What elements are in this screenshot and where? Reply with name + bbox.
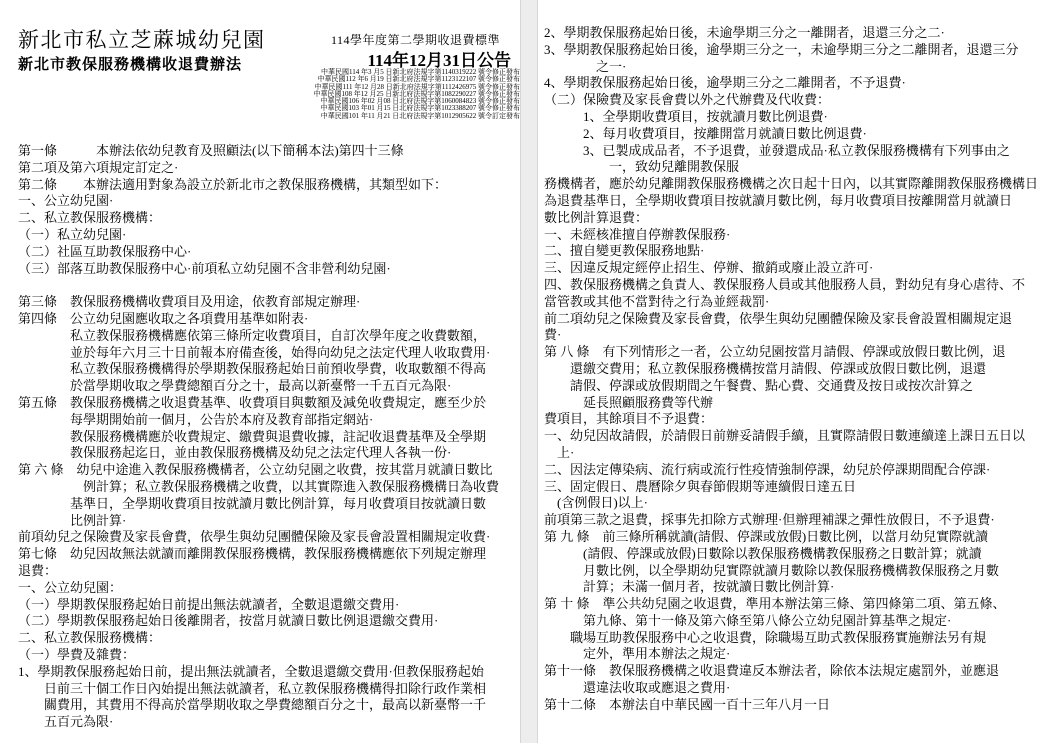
document-line: 二、因法定傳染病、流行病或流行性疫情強制停課，幼兒於停課期間配合停課·	[544, 462, 1054, 479]
document-line: 請假、停課或放假期間之午餐費、點心費、交通費及按日或按次計算之	[544, 378, 1054, 395]
document-line: 第 九 條 前三條所稱就讀(請假、停課或放假)日數比例，以當月幼兒實際就讀	[544, 529, 1054, 546]
document-viewer: 新北市私立芝蔴城幼兒園 新北市教保服務機構收退費辦法 114學年度第二學期收退費…	[0, 0, 1056, 743]
document-line	[18, 277, 517, 294]
document-line: 五百元為限·	[18, 714, 517, 731]
document-line: 前項第三款之退費，採事先扣除方式辦理·但辦理補課之彈性放假日，不予退費·	[544, 512, 1054, 529]
document-line: 前項幼兒之保險費及家長會費，依學生與幼兒團體保險及家長會設置相關規定收費·	[18, 529, 517, 546]
document-line: 還繳交費用；私立教保服務機構按當月請假、停課或放假日數比例，退還	[544, 361, 1054, 378]
document-line: 於當學期收取之學費總額百分之十，最高以新臺幣一千五百元為限·	[18, 378, 517, 395]
document-line: 數比例計算退費：	[544, 210, 1054, 227]
document-line: 私立教保服務機構得於學期教保服務起始日前預收學費，收取數額不得高	[18, 361, 517, 378]
document-line: 二、擅自變更教保服務地點·	[544, 243, 1054, 260]
document-line: 當管教或其他不當對待之行為並經裁罰·	[544, 294, 1054, 311]
document-line: 1、全學期收費項目，按就讀月數比例退費·	[544, 109, 1054, 126]
document-line: 退費：	[18, 563, 517, 580]
right-page-body: 2、學期教保服務起始日後，未逾學期三分之一離開者，退還三分之二·3、學期教保服務…	[544, 25, 1054, 714]
document-line: （一）學費及雜費：	[18, 647, 517, 664]
document-line: 一、未經核准擅自停辦教保服務·	[544, 227, 1054, 244]
document-line: 1、學期教保服務起始日前，提出無法就讀者，全數退還繳交費用·但教保服務起始	[18, 664, 517, 681]
document-line: 三、固定假日、農曆除夕與春節假期等連續假日達五日	[544, 479, 1054, 496]
document-line: (請假、停課或放假)日數除以教保服務機構教保服務之日數計算；就讀	[544, 546, 1054, 563]
document-line: (含例假日)以上·	[544, 495, 1054, 512]
document-line: 四、教保服務機構之負責人、教保服務人員或其他服務人員，對幼兒有身心虐待、不	[544, 277, 1054, 294]
document-line: 三、因違反規定經停止招生、停辦、撤銷或廢止設立許可·	[544, 260, 1054, 277]
left-page: 新北市私立芝蔴城幼兒園 新北市教保服務機構收退費辦法 114學年度第二學期收退費…	[0, 0, 520, 743]
document-line: 為退費基準日，全學期收費項目按就讀月數比例，每月收費項目按離開當月就讀日	[544, 193, 1054, 210]
document-line: 日前三十個工作日內始提出無法就讀者，私立教保服務機構得扣除行政作業相	[18, 681, 517, 698]
document-line: 2、每月收費項目，按離開當月就讀日數比例退費·	[544, 126, 1054, 143]
document-line: 計算；未滿一個月者，按就讀日數比例計算·	[544, 579, 1054, 596]
document-line: 之一·	[544, 59, 1054, 76]
document-line: 第三條 教保服務機構收費項目及用途，依教育部規定辦理·	[18, 294, 517, 311]
document-line: 月數比例，以全學期幼兒實際就讀月數除以教保服務機構教保服務之月數	[544, 563, 1054, 580]
document-line: 上·	[544, 445, 1054, 462]
document-line: 第七條 幼兒因故無法就讀而離開教保服務機構，教保服務機構應依下列規定辦理	[18, 546, 517, 563]
document-line: 私立教保服務機構應依第三條所定收費項目，自訂次學年度之收費數額，	[18, 328, 517, 345]
right-page: 2、學期教保服務起始日後，未逾學期三分之一離開者，退還三分之二·3、學期教保服務…	[538, 0, 1056, 743]
document-line: 費·	[544, 327, 1054, 344]
document-line: 一，致幼兒離開教保服	[544, 159, 1054, 176]
page-divider	[520, 0, 538, 743]
document-line: 2、學期教保服務起始日後，未逾學期三分之一離開者，退還三分之二·	[544, 25, 1054, 42]
document-line: 教保服務起迄日，並由教保服務機構及幼兒之法定代理人各執一份·	[18, 445, 517, 462]
document-line: 第一條 本辦法依幼兒教育及照顧法(以下簡稱本法)第四十三條	[18, 143, 517, 160]
document-line: 第五條 教保服務機構之收退費基準、收費項目與數額及減免收費規定，應至少於	[18, 395, 517, 412]
document-line: 關費用，其費用不得高於當學期收取之學費總額百分之十，最高以新臺幣一千	[18, 697, 517, 714]
document-line: 第十一條 教保服務機構之收退費違反本辦法者，除依本法規定處罰外，並應退	[544, 663, 1054, 680]
document-line: 定外，準用本辦法之規定·	[544, 646, 1054, 663]
document-line: 一、公立幼兒園·	[18, 193, 517, 210]
document-line: 延長照顧服務費等代辦	[544, 395, 1054, 412]
document-line: 一、幼兒因故請假，於請假日前辦妥請假手續，且實際請假日數連續達上課日五日以	[544, 428, 1054, 445]
document-line: 職場互助教保服務中心之收退費，除職場互助式教保服務實施辦法另有規	[544, 630, 1054, 647]
document-line: 第二項及第六項規定訂定之·	[18, 160, 517, 177]
document-line: （二）學期教保服務起始日後離開者，按當月就讀日數比例退還繳交費用·	[18, 613, 517, 630]
document-line: 4、學期教保服務起始日後，逾學期三分之二離開者，不予退費·	[544, 75, 1054, 92]
document-line: 第 十 條 準公共幼兒園之收退費，準用本辦法第三條、第四條第二項、第五條、	[544, 596, 1054, 613]
left-page-body: 第一條 本辦法依幼兒教育及照顧法(以下簡稱本法)第四十三條第二項及第六項規定訂定…	[18, 143, 517, 731]
document-line: （一）學期教保服務起始日前提出無法就讀者，全數退還繳交費用·	[18, 597, 517, 614]
document-line: 例計算；私立教保服務機構之收費，以其實際進入教保服務機構日為收費	[18, 479, 517, 496]
document-line: 比例計算·	[18, 513, 517, 530]
document-line: 第九條、第十一條及第六條至第八條公立幼兒園計算基準之規定·	[544, 613, 1054, 630]
document-line: 第 八 條 有下列情形之一者，公立幼兒園按當月請假、停課或放假日數比例，退	[544, 344, 1054, 361]
document-line: 每學期開始前一個月，公告於本府及教育部指定網站·	[18, 412, 517, 429]
amendment-line: 中華民國101 年11 月21 日北府法規字第1012905622 號令訂定發布	[314, 113, 521, 120]
document-line: 還違法收取或應退之費用·	[544, 680, 1054, 697]
document-line: 3、學期教保服務起始日後，逾學期三分之一，未逾學期三分之二離開者，退還三分	[544, 42, 1054, 59]
amendment-history: 中華民國114 年3 月5 日新北府法規字第1140319222 號令修正發布中…	[314, 69, 521, 120]
document-line: 前二項幼兒之保險費及家長會費，依學生與幼兒團體保險及家長會設置相關規定退	[544, 311, 1054, 328]
document-line: （一）私立幼兒園·	[18, 227, 517, 244]
document-line: 並於每年六月三十日前報本府備查後，始得向幼兒之法定代理人收取費用·	[18, 345, 517, 362]
kindergarten-title: 新北市私立芝蔴城幼兒園	[18, 24, 266, 54]
document-line: 教保服務機構應於收費規定、繳費與退費收據，註記收退費基準及全學期	[18, 429, 517, 446]
document-line: 一、公立幼兒園：	[18, 580, 517, 597]
document-line: 二、私立教保服務機構：	[18, 210, 517, 227]
document-line: 務機構者，應於幼兒離開教保服務機構之次日起十日內，以其實際離開教保服務機構日	[544, 176, 1054, 193]
document-line: （二）保險費及家長會費以外之代辦費及代收費：	[544, 92, 1054, 109]
document-line: 第十二條 本辦法自中華民國一百十三年八月一日	[544, 697, 1054, 714]
document-line: 第二條 本辦法適用對象為設立於新北市之教保服務機構，其類型如下：	[18, 177, 517, 194]
document-line: 3、已製成成品者，不予退費，並發還成品·私立教保服務機構有下列事由之	[544, 143, 1054, 160]
document-line: （三）部落互助教保服務中心·前項私立幼兒園不含非營利幼兒園·	[18, 261, 517, 278]
document-line: 費項目，其餘項目不予退費：	[544, 411, 1054, 428]
regulation-title: 新北市教保服務機構收退費辦法	[18, 53, 242, 74]
document-line: 第四條 公立幼兒園應收取之各項費用基準如附表·	[18, 311, 517, 328]
document-line: （二）社區互助教保服務中心·	[18, 244, 517, 261]
document-line: 第 六 條 幼兒中途進入教保服務機構者，公立幼兒園之收費，按其當月就讀日數比	[18, 462, 517, 479]
document-line: 基準日，全學期收費項目按就讀月數比例計算，每月收費項目按就讀日數	[18, 496, 517, 513]
document-line: 二、私立教保服務機構：	[18, 630, 517, 647]
